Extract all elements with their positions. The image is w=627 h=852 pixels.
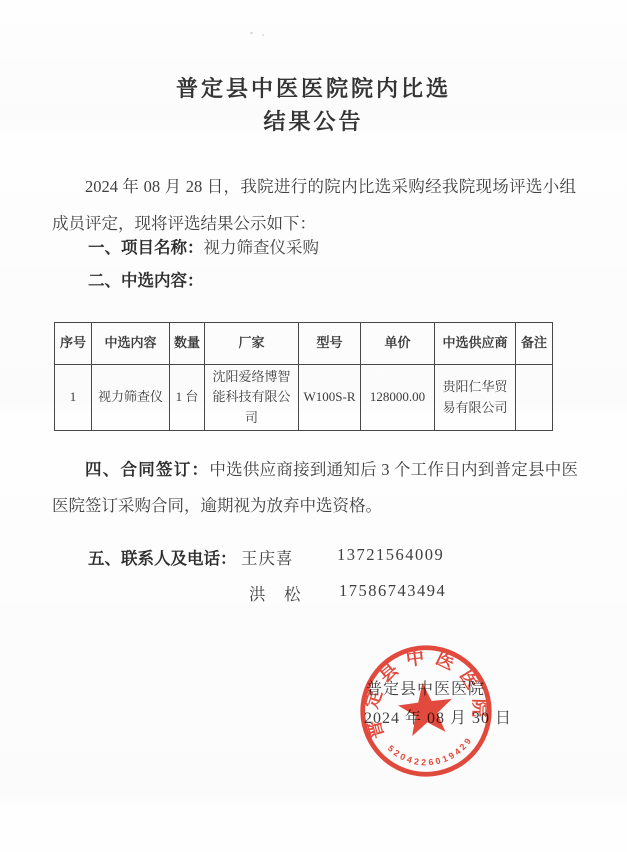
cell-remark (516, 365, 553, 431)
table-header-row: 序号 中选内容 数量 厂家 型号 单价 中选供应商 备注 (55, 323, 553, 365)
col-header-model: 型号 (299, 323, 361, 365)
cell-supplier: 贵阳仁华贸易有限公司 (435, 365, 516, 431)
contact-phone-2: 17586743494 (339, 581, 446, 601)
cell-manufacturer: 沈阳爱络博智能科技有限公司 (205, 365, 299, 431)
cell-quantity: 1 台 (170, 365, 205, 431)
table-row: 1 视力筛查仪 1 台 沈阳爱络博智能科技有限公司 W100S-R 128000… (55, 365, 553, 431)
section-contact-label: 五、联系人及电话： (88, 545, 237, 569)
section-project-name-label: 一、项目名称： (88, 239, 204, 257)
cell-unit-price: 128000.00 (361, 365, 435, 431)
contact-name-1: 王庆喜 (241, 545, 294, 569)
col-header-manufacturer: 厂家 (205, 323, 299, 365)
selection-result-table: 序号 中选内容 数量 厂家 型号 单价 中选供应商 备注 1 视力筛查仪 1 台… (54, 322, 553, 431)
official-seal-stamp: 普定县中医医院 5204226019429 (350, 635, 502, 787)
document-title-line2: 结果公告 (0, 105, 627, 136)
seal-star-icon (396, 679, 456, 737)
intro-paragraph: 2024 年 08 月 28 日，我院进行的院内比选采购经我院现场评选小组成员评… (52, 168, 576, 242)
contact-phone-1: 13721564009 (337, 545, 444, 565)
contact-name-2: 洪 松 (249, 581, 302, 605)
col-header-supplier: 中选供应商 (435, 323, 516, 365)
section-project-name-value: 视力筛查仪采购 (204, 238, 320, 257)
section-project-name: 一、项目名称：视力筛查仪采购 (88, 234, 319, 258)
section-selected-content: 二、中选内容： (88, 267, 204, 291)
cell-model: W100S-R (299, 365, 361, 431)
col-header-content: 中选内容 (92, 323, 170, 365)
document-page: 普定县中医医院院内比选 结果公告 2024 年 08 月 28 日，我院进行的院… (0, 0, 627, 852)
document-title-line1: 普定县中医医院院内比选 (0, 72, 627, 103)
col-header-unit-price: 单价 (361, 323, 435, 365)
cell-content: 视力筛查仪 (92, 365, 170, 431)
col-header-seq: 序号 (55, 323, 92, 365)
section-selected-content-label: 二、中选内容： (88, 272, 204, 290)
col-header-quantity: 数量 (170, 323, 205, 365)
scan-speck (262, 34, 264, 36)
cell-seq: 1 (55, 365, 92, 431)
section-contract-signing-label: 四、合同签订： (85, 461, 209, 479)
scan-speck (250, 32, 253, 34)
col-header-remark: 备注 (516, 323, 553, 365)
section-contract-signing: 四、合同签订：中选供应商接到通知后 3 个工作日内到普定县中医医院签订采购合同，… (52, 452, 578, 524)
seal-icon: 普定县中医医院 5204226019429 (350, 635, 502, 787)
